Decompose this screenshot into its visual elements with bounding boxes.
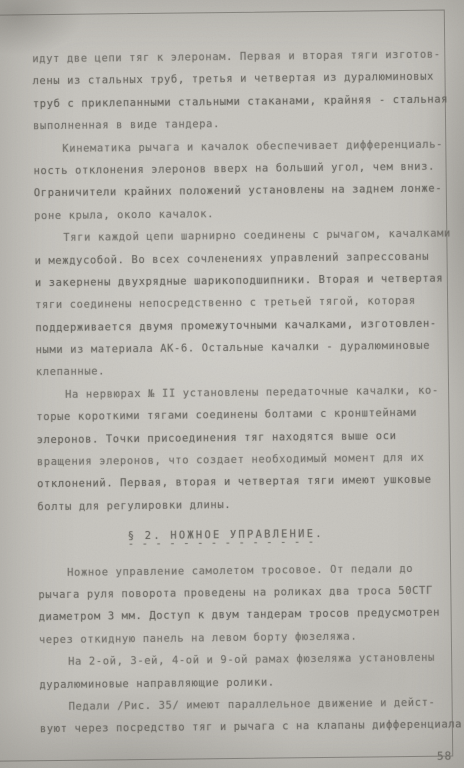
- text-line: тяги соединены непосредственно с третьей…: [35, 290, 449, 317]
- text-line: и междусобой. Во всех сочленениях управл…: [34, 245, 448, 272]
- text-line: вращения элеронов, что создает необходим…: [37, 447, 451, 474]
- paragraph: На 2-ой, 3-ей, 4-ой и 9-ой рамах фюзеляж…: [39, 647, 453, 696]
- paragraph: На нервюрах № II установлены передаточны…: [36, 379, 451, 518]
- paragraph: Кинематика рычага и качалок обеспечивает…: [33, 133, 448, 227]
- document-body: идут две цепи тяг к элеронам. Первая и в…: [32, 44, 454, 741]
- scanned-page: идут две цепи тяг к элеронам. Первая и в…: [0, 0, 464, 768]
- text-line: вуют через посредство тяг и рычага с на …: [40, 714, 454, 741]
- paragraph: Ножное управление самолетом тросовое. От…: [38, 557, 453, 651]
- scan-content: идут две цепи тяг к элеронам. Первая и в…: [0, 0, 464, 768]
- text-line: ность отклонения элеронов вверх на больш…: [33, 155, 447, 182]
- paragraph: Педали /Рис. 35/ имеют параллельное движ…: [40, 691, 454, 740]
- text-line: торые короткими тягами соединены болтами…: [36, 402, 450, 429]
- paragraph: идут две цепи тяг к элеронам. Первая и в…: [32, 44, 447, 138]
- text-line: рычага руля поворота проведены на ролика…: [38, 579, 452, 606]
- paragraph: Тяги каждой цепи шарнирно соединены с ры…: [34, 223, 450, 384]
- text-line: болты для регулировки длины.: [37, 491, 451, 518]
- page-number: 58: [437, 750, 452, 763]
- text-line: лены из стальных труб, третья и четверта…: [32, 66, 446, 93]
